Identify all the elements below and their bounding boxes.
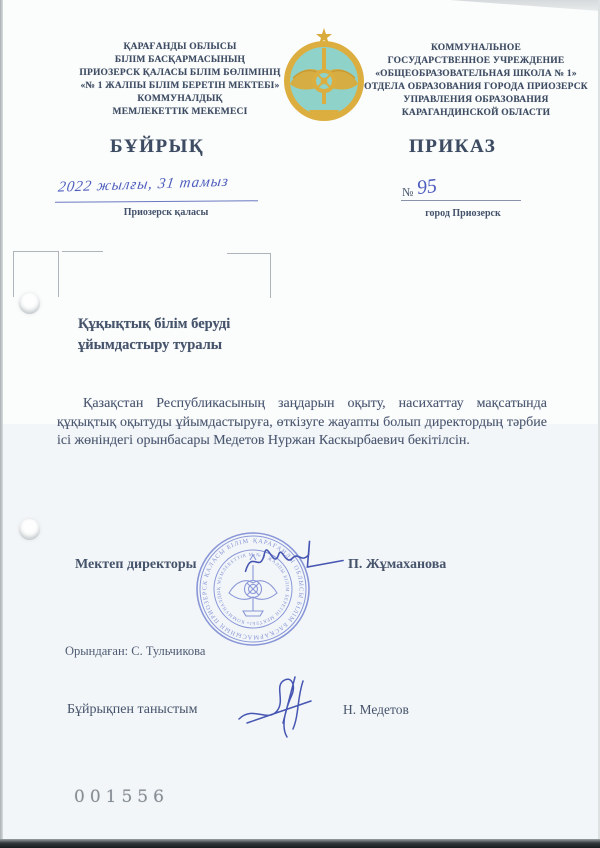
letterhead-russian: КОММУНАЛЬНОЕ ГОСУДАРСТВЕННОЕ УЧРЕЖДЕНИЕ … bbox=[356, 42, 596, 120]
order-number-underline bbox=[401, 200, 521, 201]
handwritten-date: 2022 жылғы, 31 тамыз bbox=[57, 172, 269, 196]
order-number-label: № bbox=[402, 185, 413, 200]
letterhead-ru-line: ГОСУДАРСТВЕННОЕ УЧРЕЖДЕНИЕ bbox=[356, 55, 596, 68]
letterhead-ru-line: ОТДЕЛА ОБРАЗОВАНИЯ ГОРОДА ПРИОЗЕРСК bbox=[356, 81, 596, 94]
order-title-kazakh: БҰЙРЫҚ bbox=[110, 136, 204, 158]
letterhead-kazakh: ҚАРАҒАНДЫ ОБЛЫСЫ БІЛІМ БАСҚАРМАСЫНЫҢ ПРИ… bbox=[55, 41, 305, 119]
letterhead-kk-line: ПРИОЗЕРСК ҚАЛАСЫ БІЛІМ БӨЛІМІНІҢ bbox=[55, 67, 305, 80]
scan-box-artifact bbox=[227, 253, 271, 298]
letterhead-kk-line: МЕМЛЕКЕТТІК МЕКЕМЕСІ bbox=[55, 106, 305, 119]
order-subject-line: Құқықтық білім беруді bbox=[78, 314, 230, 335]
order-title-russian: ПРИКАЗ bbox=[409, 136, 496, 158]
punch-hole bbox=[19, 293, 40, 314]
letterhead-kk-line: ҚАРАҒАНДЫ ОБЛЫСЫ bbox=[55, 41, 305, 54]
letterhead-ru-line: КАРАГАНДИНСКОЙ ОБЛАСТИ bbox=[356, 107, 596, 120]
executor-line: Орындаған: С. Тульчикова bbox=[65, 644, 205, 659]
punch-hole bbox=[19, 519, 40, 540]
scanned-document-page: ҚАРАҒАНДЫ ОБЛЫСЫ БІЛІМ БАСҚАРМАСЫНЫҢ ПРИ… bbox=[0, 0, 600, 848]
director-label: Мектеп директоры bbox=[75, 557, 197, 573]
handwritten-order-number: 95 bbox=[416, 175, 439, 200]
date-underline bbox=[55, 200, 258, 202]
acknowledgement-signature bbox=[233, 671, 333, 743]
acknowledgement-label: Бұйрықпен таныстым bbox=[67, 702, 197, 718]
place-russian: город Приозерск bbox=[403, 208, 523, 219]
scan-edge-left bbox=[0, 0, 3, 848]
letterhead-kk-line: КОММУНАЛДЫҚ bbox=[55, 93, 305, 106]
letterhead-kk-line: БІЛІМ БАСҚАРМАСЫНЫҢ bbox=[55, 54, 305, 67]
director-signature bbox=[239, 534, 346, 589]
scan-edge-top-right bbox=[450, 0, 600, 11]
scan-box-artifact bbox=[62, 251, 103, 253]
letterhead-ru-line: КОММУНАЛЬНОЕ bbox=[356, 42, 596, 55]
form-serial-number: 001556 bbox=[74, 787, 169, 807]
acknowledgement-name: Н. Медетов bbox=[343, 702, 409, 718]
scan-box-artifact bbox=[13, 251, 59, 297]
place-kazakh: Приозерск қаласы bbox=[100, 207, 232, 218]
letterhead-ru-line: УПРАВЛЕНИЯ ОБРАЗОВАНИЯ bbox=[356, 94, 596, 107]
letterhead-kk-line: «№ 1 ЖАЛПЫ БІЛІМ БЕРЕТІН МЕКТЕБІ» bbox=[55, 80, 305, 93]
letterhead-ru-line: «ОБЩЕОБРАЗОВАТЕЛЬНАЯ ШКОЛА № 1» bbox=[356, 68, 596, 81]
order-subject: Құқықтық білім беруді ұйымдастыру туралы bbox=[78, 314, 230, 356]
order-body-paragraph: Қазақстан Республикасының заңдарын оқыту… bbox=[57, 395, 547, 451]
scan-edge-bottom bbox=[0, 839, 600, 848]
order-subject-line: ұйымдастыру туралы bbox=[78, 335, 230, 356]
director-name: П. Жұмаханова bbox=[348, 557, 446, 573]
